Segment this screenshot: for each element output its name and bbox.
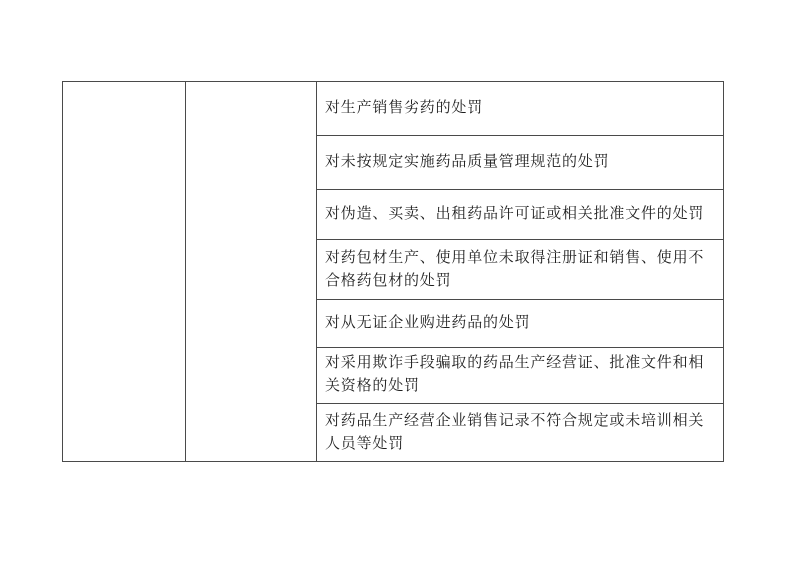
table-row: 对伪造、买卖、出租药品许可证或相关批准文件的处罚 (317, 190, 723, 240)
penalty-items-column: 对生产销售劣药的处罚 对未按规定实施药品质量管理规范的处罚 对伪造、买卖、出租药… (317, 82, 723, 461)
empty-cell-column-1 (63, 82, 186, 461)
table-row: 对未按规定实施药品质量管理规范的处罚 (317, 136, 723, 191)
empty-cell-column-2 (186, 82, 317, 461)
row-text: 对药品生产经营企业销售记录不符合规定或未培训相关人员等处罚 (325, 410, 711, 456)
table-row: 对采用欺诈手段骗取的药品生产经营证、批准文件和相关资格的处罚 (317, 348, 723, 405)
row-text: 对生产销售劣药的处罚 (325, 97, 483, 120)
row-text: 对采用欺诈手段骗取的药品生产经营证、批准文件和相关资格的处罚 (325, 352, 711, 398)
table-row: 对药包材生产、使用单位未取得注册证和销售、使用不合格药包材的处罚 (317, 240, 723, 300)
document-page: 对生产销售劣药的处罚 对未按规定实施药品质量管理规范的处罚 对伪造、买卖、出租药… (0, 0, 800, 566)
row-text: 对从无证企业购进药品的处罚 (325, 312, 530, 335)
table-row: 对药品生产经营企业销售记录不符合规定或未培训相关人员等处罚 (317, 404, 723, 461)
row-text: 对药包材生产、使用单位未取得注册证和销售、使用不合格药包材的处罚 (325, 247, 711, 293)
row-text: 对伪造、买卖、出租药品许可证或相关批准文件的处罚 (325, 203, 704, 226)
table-row: 对生产销售劣药的处罚 (317, 82, 723, 136)
table-row: 对从无证企业购进药品的处罚 (317, 300, 723, 348)
penalty-table: 对生产销售劣药的处罚 对未按规定实施药品质量管理规范的处罚 对伪造、买卖、出租药… (62, 81, 724, 462)
row-text: 对未按规定实施药品质量管理规范的处罚 (325, 151, 609, 174)
